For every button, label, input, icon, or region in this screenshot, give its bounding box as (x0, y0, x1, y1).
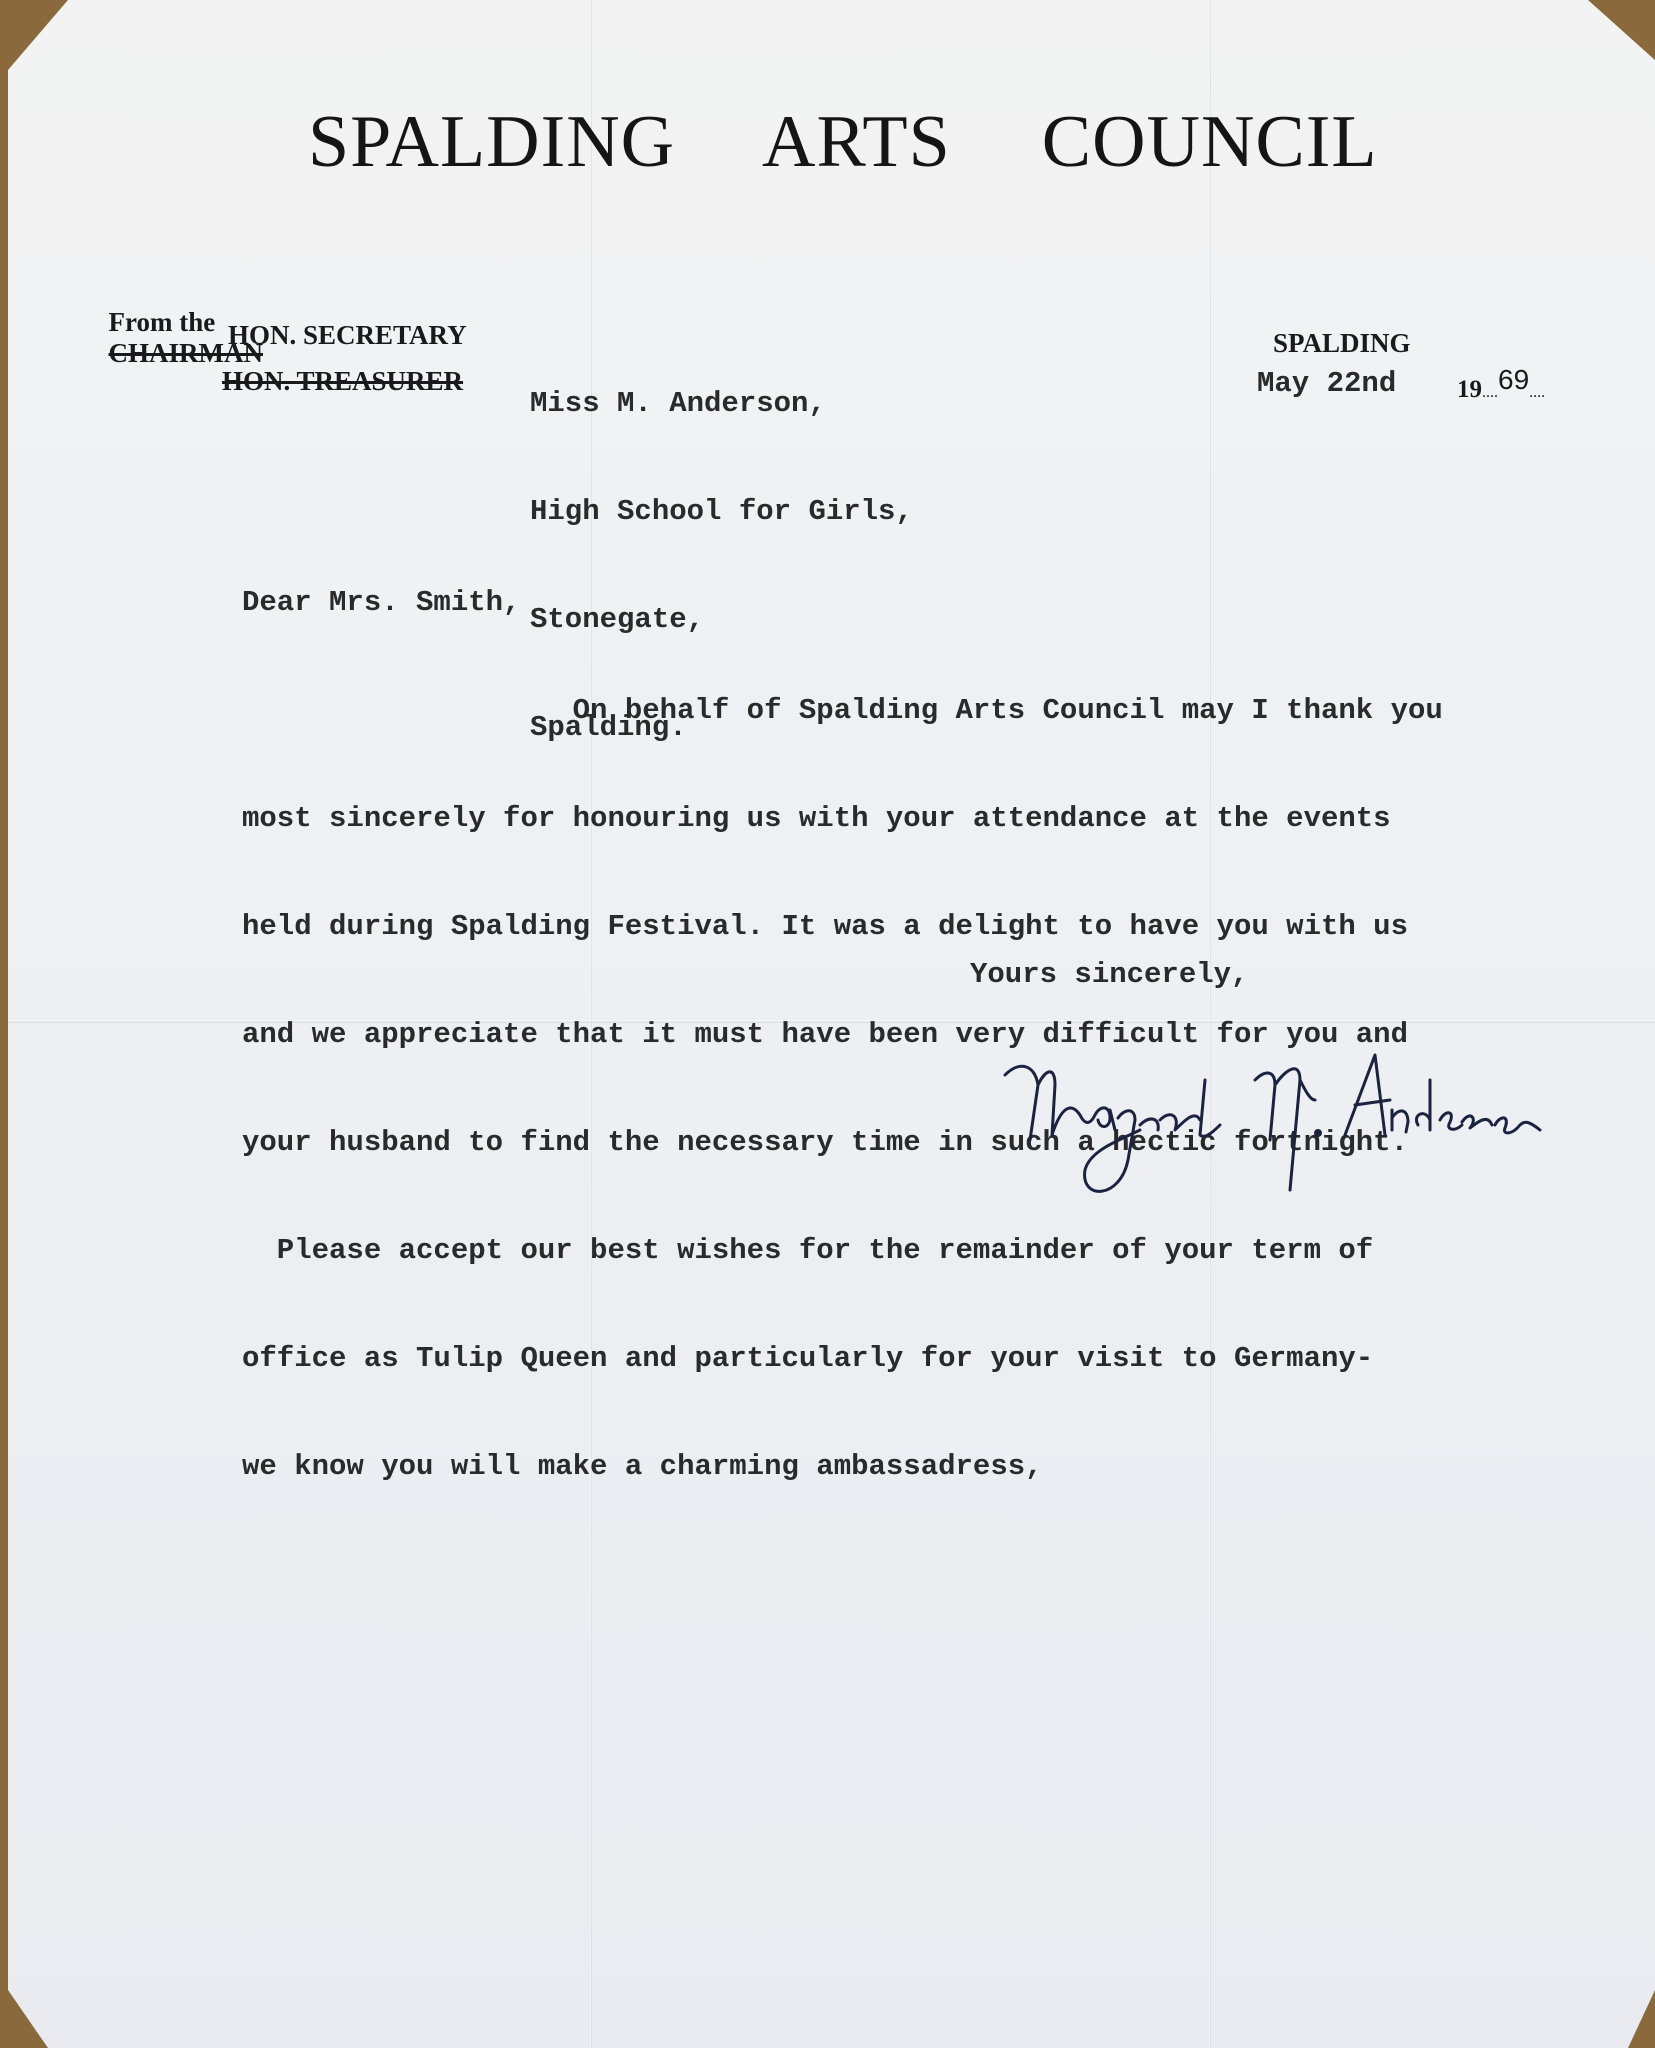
role-treasurer-struck: HON. TREASURER (222, 366, 463, 397)
closing: Yours sincerely, (970, 957, 1248, 993)
body-line: office as Tulip Queen and particularly f… (242, 1341, 1443, 1377)
body-line: most sincerely for honouring us with you… (242, 801, 1443, 837)
address-line: Miss M. Anderson, (530, 386, 913, 422)
from-prefix: From the (109, 307, 216, 337)
body-line: we know you will make a charming ambassa… (242, 1449, 1443, 1485)
role-secretary: HON. SECRETARY (228, 320, 467, 351)
handwritten-signature (1000, 1030, 1560, 1215)
body-line: held during Spalding Festival. It was a … (242, 909, 1443, 945)
signature-icon (1000, 1030, 1560, 1210)
salutation: Dear Mrs. Smith, (242, 585, 520, 621)
year-dots: .... (1529, 384, 1545, 401)
year-prefix: 19 (1457, 376, 1482, 403)
letterhead-town: SPALDING (1273, 328, 1411, 359)
letter-year: 19....69.... (1457, 372, 1545, 404)
body-line: On behalf of Spalding Arts Council may I… (242, 693, 1443, 729)
year-handwritten: 69 (1498, 364, 1529, 395)
letter-date: May 22nd (1257, 366, 1396, 402)
body-line: Please accept our best wishes for the re… (242, 1233, 1443, 1269)
letterhead-title: SPALDING ARTS COUNCIL (308, 100, 1358, 185)
address-line: High School for Girls, (530, 494, 913, 530)
year-dots: .... (1482, 384, 1498, 401)
